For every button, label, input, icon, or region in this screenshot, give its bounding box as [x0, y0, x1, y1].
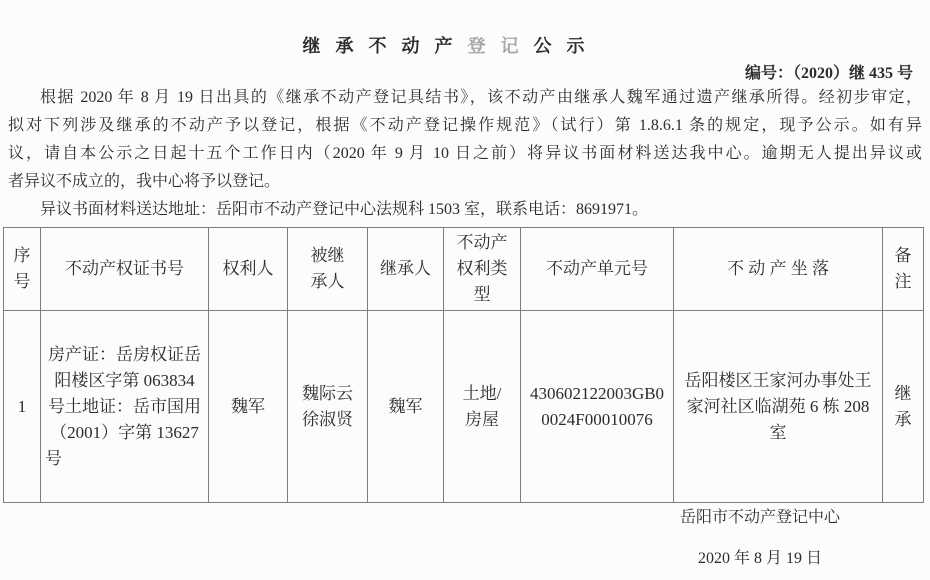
cell-seq: 1	[4, 311, 41, 503]
document-title: 继承不动产登记公示	[0, 32, 916, 58]
document-page: 继承不动产登记公示 编号：（2020）继 435 号 根据 2020 年 8 月…	[0, 0, 930, 580]
col-header-cert-no: 不动产权证书号	[41, 228, 209, 311]
cell-decedent: 魏际云 徐淑贤	[288, 311, 368, 503]
intro-line-2: 拟对下列涉及继承的不动产予以登记，根据《不动产登记操作规范》（试行）第 1.8.…	[8, 112, 922, 140]
intro-line-3: 议，请自本公示之日起十五个工作日内（2020 年 9 月 10 日之前）将异议书…	[8, 140, 922, 168]
cell-remark: 继 承	[883, 311, 924, 503]
col-header-right-type: 不动产 权利类 型	[444, 228, 521, 311]
table-row: 1 房产证：岳房权证岳阳楼区字第 063834 号土地证：岳市国用（2001）字…	[4, 311, 924, 503]
notice-table: 序 号 不动产权证书号 权利人 被继 承人 继承人 不动产 权利类 型 不动产单…	[3, 227, 924, 503]
col-header-unit-no: 不动产单元号	[521, 228, 674, 311]
title-segment-3: 公示	[534, 36, 600, 56]
cell-holder: 魏军	[209, 311, 288, 503]
cell-cert-no: 房产证：岳房权证岳阳楼区字第 063834 号土地证：岳市国用（2001）字第 …	[41, 311, 209, 503]
cell-unit-no: 430602122003GB0 0024F00010076	[521, 311, 674, 503]
title-segment-2-faded: 登记	[468, 36, 534, 56]
col-header-decedent: 被继 承人	[288, 228, 368, 311]
intro-line-1: 根据 2020 年 8 月 19 日出具的《继承不动产登记具结书》，该不动产由继…	[8, 84, 922, 112]
col-header-location: 不 动 产 坐 落	[674, 228, 883, 311]
issue-date: 2020 年 8 月 19 日	[590, 547, 930, 571]
signature-block: 岳阳市不动产登记中心 2020 年 8 月 19 日	[590, 506, 930, 571]
col-header-seq: 序 号	[4, 228, 41, 311]
col-header-remark: 备 注	[883, 228, 924, 311]
address-line: 异议书面材料送达地址：岳阳市不动产登记中心法规科 1503 室，联系电话：869…	[8, 196, 922, 224]
col-header-heir: 继承人	[368, 228, 444, 311]
cell-location: 岳阳楼区王家河办事处王家河社区临湖苑 6 栋 208 室	[674, 311, 883, 503]
col-header-holder: 权利人	[209, 228, 288, 311]
intro-paragraph: 根据 2020 年 8 月 19 日出具的《继承不动产登记具结书》，该不动产由继…	[8, 84, 922, 224]
cell-right-type: 土地/ 房屋	[444, 311, 521, 503]
title-segment-1: 继承不动产	[303, 36, 468, 56]
issuer-name: 岳阳市不动产登记中心	[590, 506, 930, 530]
cell-heir: 魏军	[368, 311, 444, 503]
table-header-row: 序 号 不动产权证书号 权利人 被继 承人 继承人 不动产 权利类 型 不动产单…	[4, 228, 924, 311]
doc-number: 编号：（2020）继 435 号	[0, 60, 913, 83]
intro-line-4: 者异议不成立的，我中心将予以登记。	[8, 168, 922, 196]
